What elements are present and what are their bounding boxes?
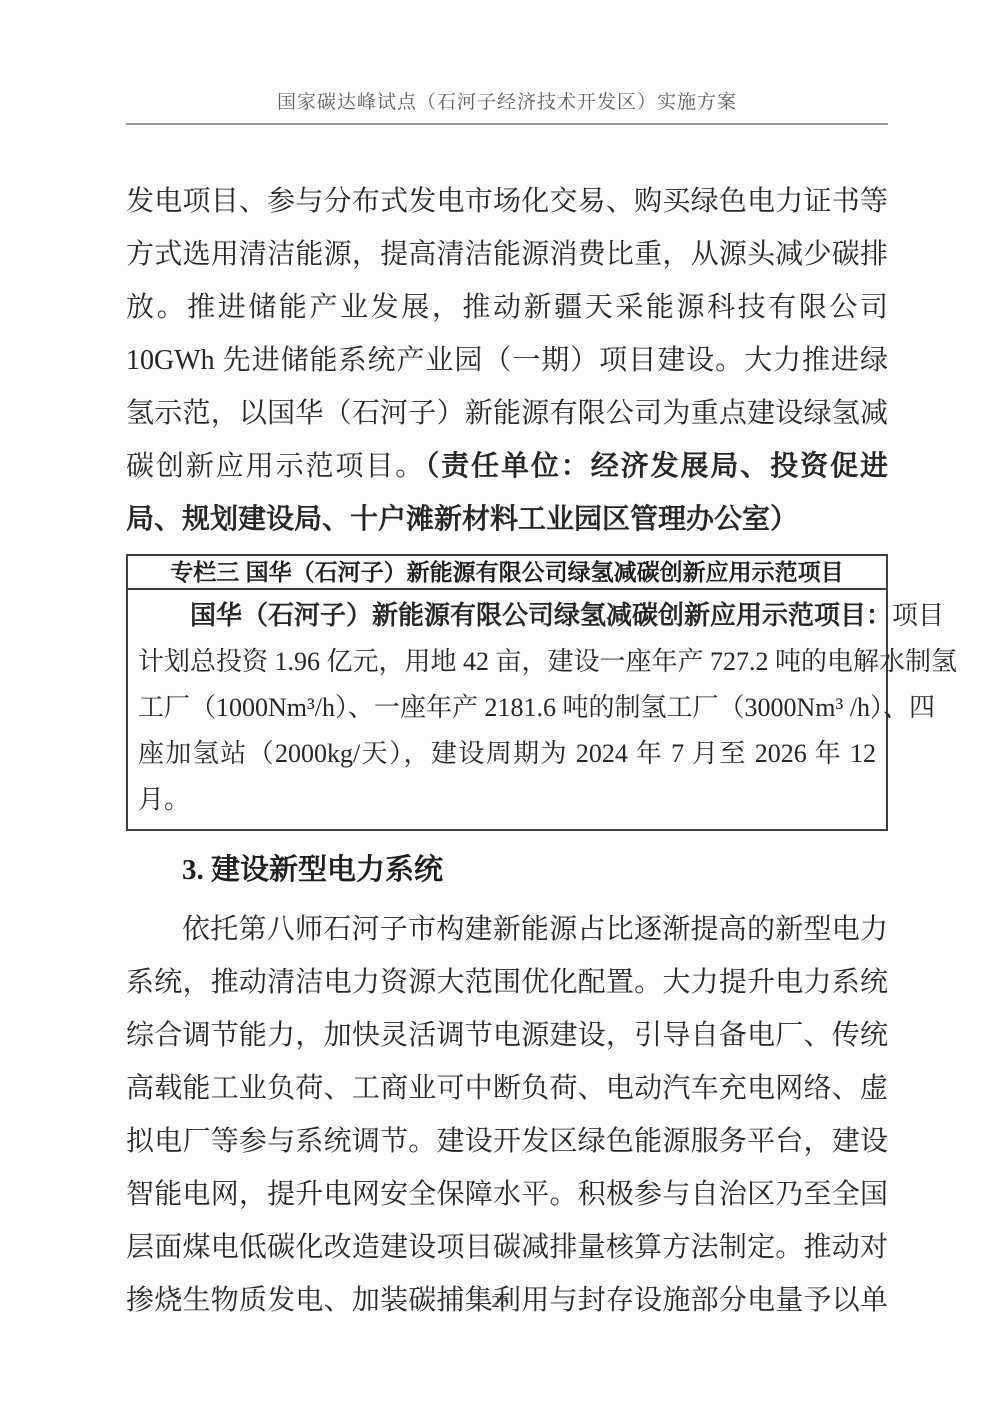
text-line: 工厂（1000Nm³/h）、一座年产 2181.6 吨的制氢工厂（3000Nm³… (138, 685, 876, 731)
text-line: 综合调节能力，加快灵活调节电源建设，引导自备电厂、传统 (126, 1009, 888, 1062)
column-box-body: 国华（石河子）新能源有限公司绿氢减碳创新应用示范项目：项目 计划总投资 1.96… (128, 590, 886, 829)
column-box-title: 专栏三 国华（石河子）新能源有限公司绿氢减碳创新应用示范项目 (128, 556, 886, 590)
text-line: 放。推进储能产业发展，推动新疆天采能源科技有限公司 (126, 281, 888, 334)
body-paragraph-2: 依托第八师石河子市构建新能源占比逐渐提高的新型电力 系统，推动清洁电力资源大范围… (126, 903, 888, 1327)
page-header: 国家碳达峰试点（石河子经济技术开发区）实施方案 (126, 0, 888, 125)
header-divider (126, 123, 888, 125)
text-line: 发电项目、参与分布式发电市场化交易、购买绿色电力证书等 (126, 175, 888, 228)
text-segment: 项目 (892, 601, 944, 630)
text-line: 智能电网，提升电网安全保障水平。积极参与自治区乃至全国 (126, 1168, 888, 1221)
text-line: 座加氢站（2000kg/天），建设周期为 2024 年 7 月至 2026 年 … (138, 731, 876, 823)
document-title: 国家碳达峰试点（石河子经济技术开发区）实施方案 (126, 92, 888, 114)
column-box-3: 专栏三 国华（石河子）新能源有限公司绿氢减碳创新应用示范项目 国华（石河子）新能… (126, 554, 888, 831)
text-line: 碳创新应用示范项目。（责任单位：经济发展局、投资促进 (126, 440, 888, 493)
text-line: 计划总投资 1.96 亿元，用地 42 亩，建设一座年产 727.2 吨的电解水… (138, 639, 876, 685)
text-line: 10GWh 先进储能系统产业园（一期）项目建设。大力推进绿 (126, 334, 888, 387)
responsibility-unit-label: 局、规划建设局、十户滩新材料工业园区管理办公室） (126, 493, 888, 546)
body-paragraph-1: 发电项目、参与分布式发电市场化交易、购买绿色电力证书等 方式选用清洁能源，提高清… (126, 175, 888, 546)
text-segment: 碳创新应用示范项目。 (126, 451, 425, 482)
text-line: 国华（石河子）新能源有限公司绿氢减碳创新应用示范项目：项目 (138, 593, 876, 639)
text-line: 方式选用清洁能源，提高清洁能源消费比重，从源头减少碳排 (126, 228, 888, 281)
section-heading-3: 3. 建设新型电力系统 (126, 853, 888, 887)
page-number: 28 (0, 1292, 1000, 1312)
text-line: 层面煤电低碳化改造建设项目碳减排量核算方法制定。推动对 (126, 1221, 888, 1274)
text-line: 拟电厂等参与系统调节。建设开发区绿色能源服务平台，建设 (126, 1115, 888, 1168)
project-name-label: 国华（石河子）新能源有限公司绿氢减碳创新应用示范项目： (190, 601, 892, 630)
text-line: 依托第八师石河子市构建新能源占比逐渐提高的新型电力 (126, 903, 888, 956)
text-line: 氢示范，以国华（石河子）新能源有限公司为重点建设绿氢减 (126, 387, 888, 440)
text-line: 系统，推动清洁电力资源大范围优化配置。大力提升电力系统 (126, 956, 888, 1009)
document-page: 国家碳达峰试点（石河子经济技术开发区）实施方案 发电项目、参与分布式发电市场化交… (0, 0, 1000, 1414)
content-column: 国家碳达峰试点（石河子经济技术开发区）实施方案 发电项目、参与分布式发电市场化交… (126, 0, 888, 1327)
responsibility-unit-label: （责任单位：经济发展局、投资促进 (425, 451, 888, 482)
text-line: 高载能工业负荷、工商业可中断负荷、电动汽车充电网络、虚 (126, 1062, 888, 1115)
